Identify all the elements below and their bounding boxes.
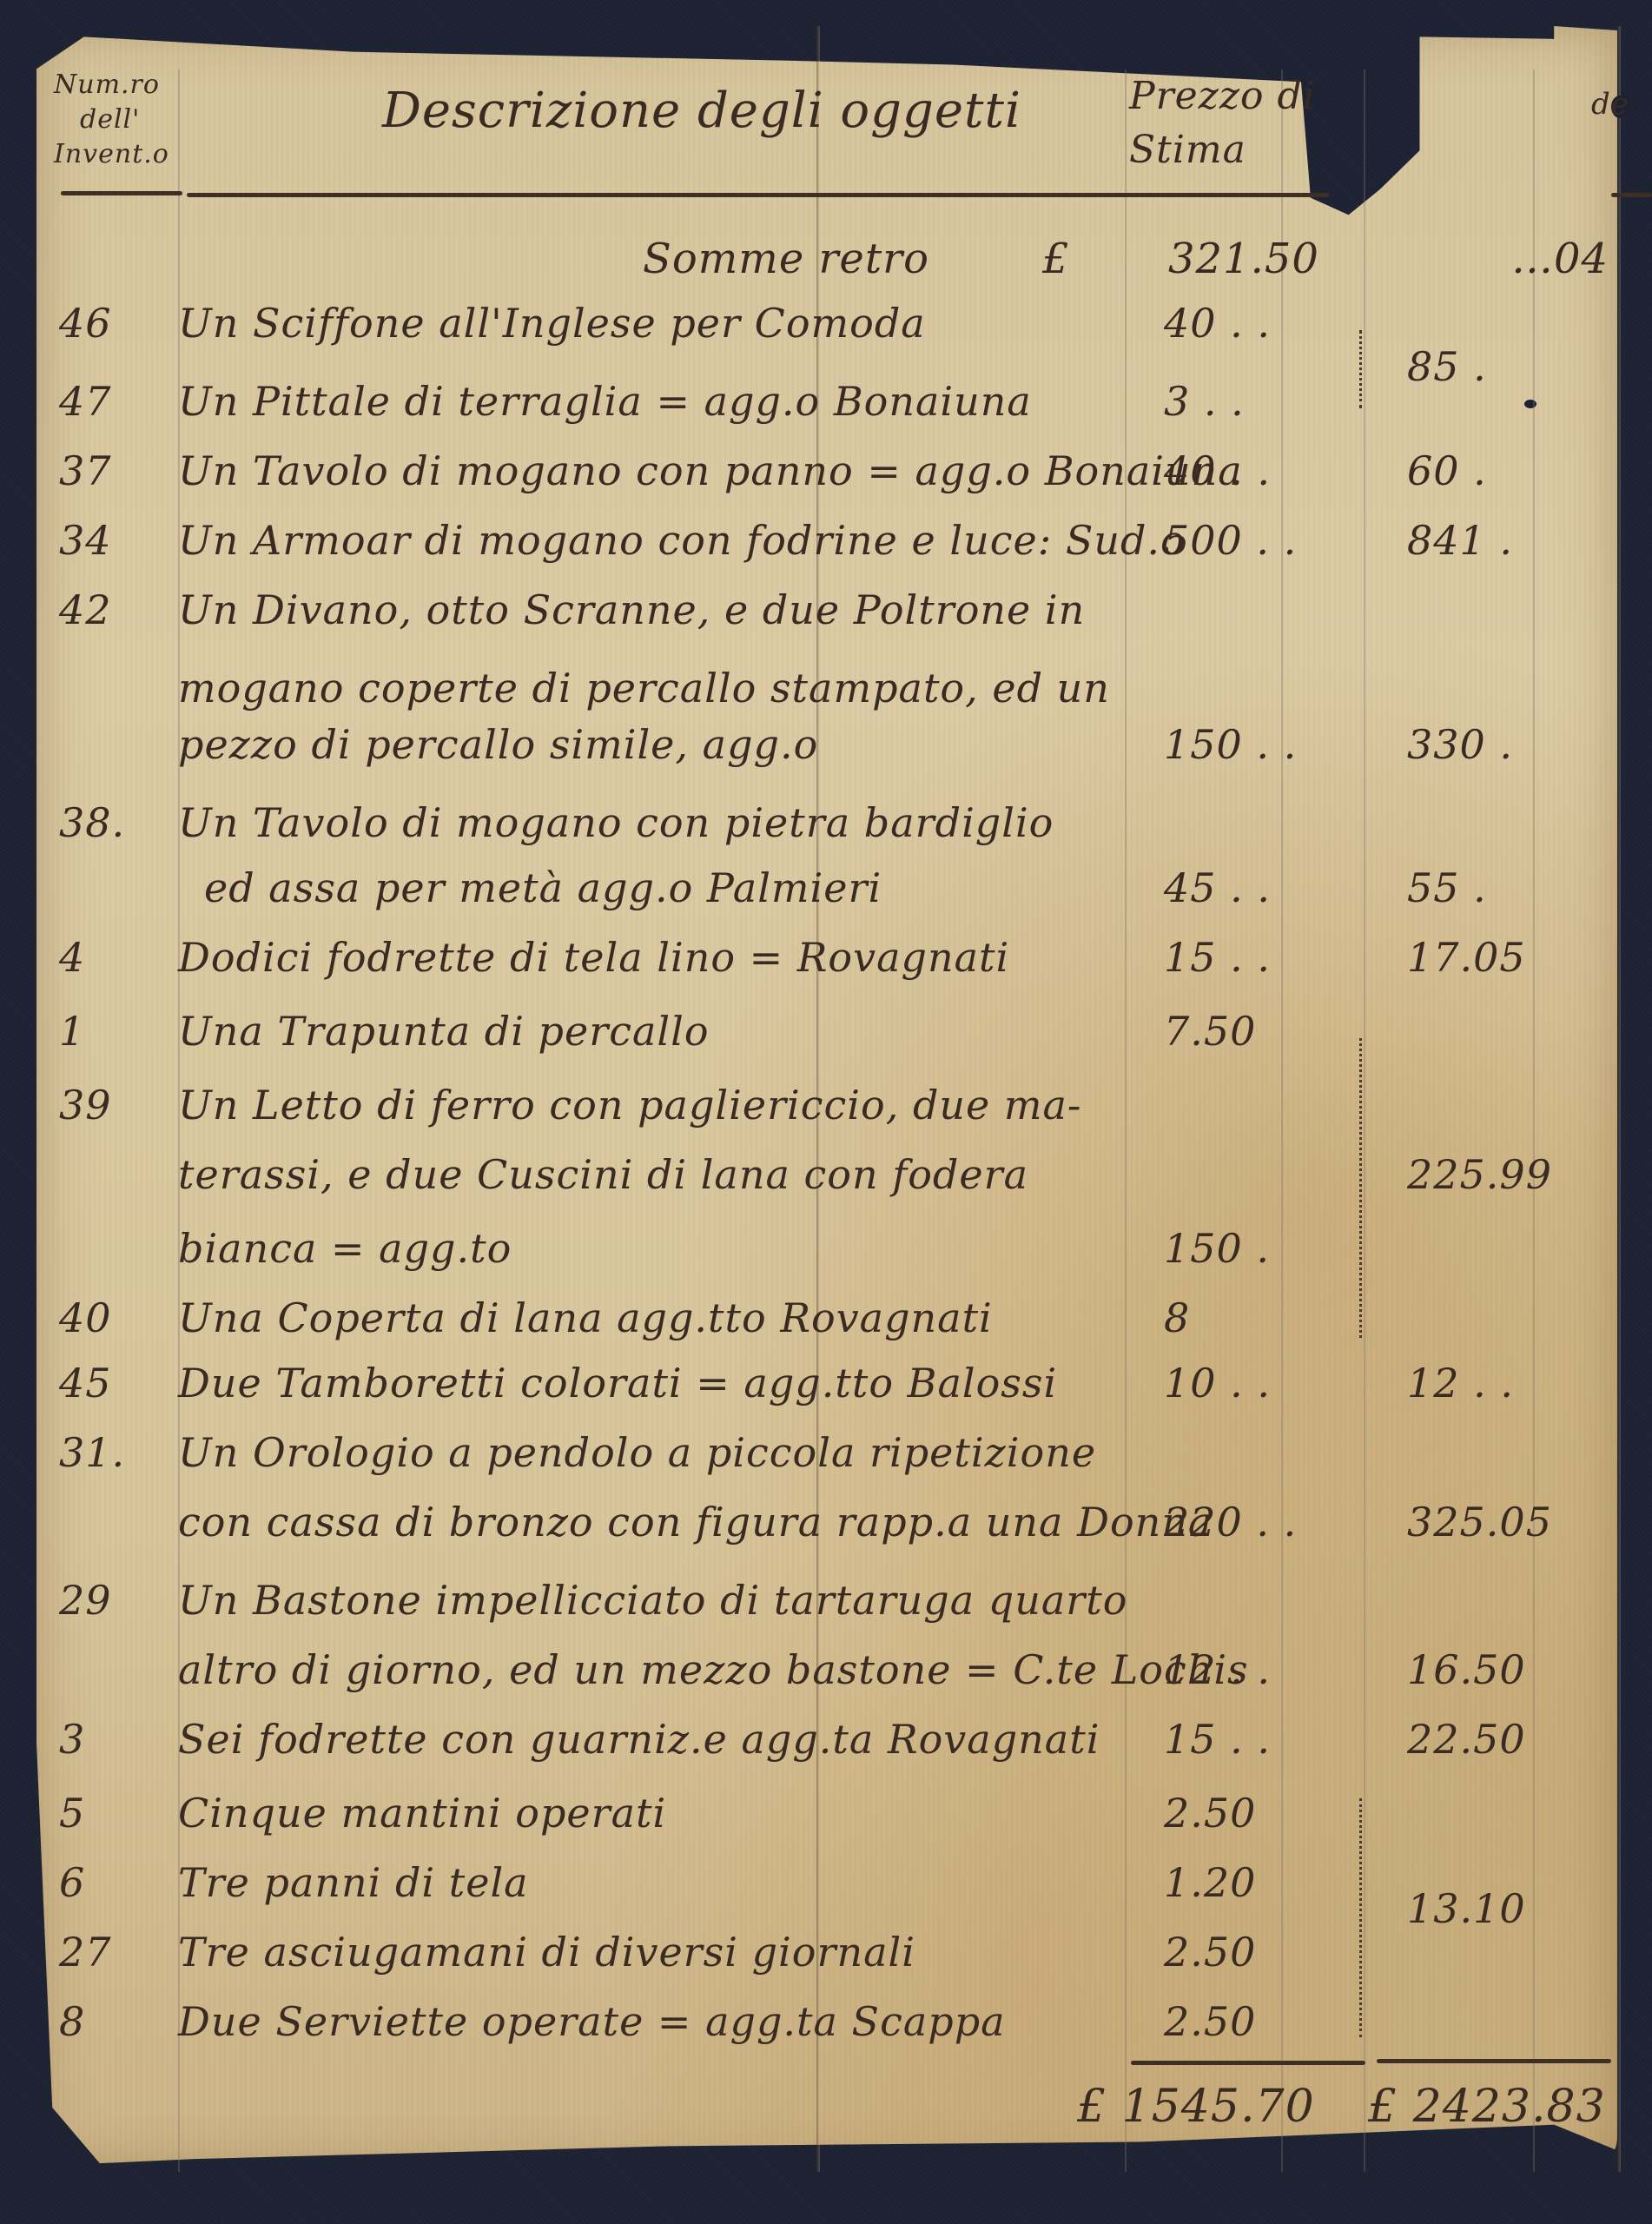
item-estimate: 1.20: [1164, 1859, 1355, 1906]
item-number: 6: [59, 1859, 155, 1906]
item-number: 34: [59, 517, 155, 564]
header-description: Descrizione degli oggetti: [382, 83, 1021, 139]
item-estimate: 12 . .: [1164, 1646, 1355, 1693]
item-number: 46: [59, 300, 155, 347]
item-number: 8: [59, 1998, 155, 2045]
item-estimate: 40 . .: [1164, 447, 1355, 494]
item-estimate: 220 . .: [1164, 1499, 1355, 1546]
item-description: altro di giorno, ed un mezzo bastone = C…: [178, 1646, 1249, 1693]
item-estimate: 15 . .: [1164, 934, 1355, 981]
sale-total: £ 2423.83: [1368, 2081, 1606, 2133]
item-estimate: 15 . .: [1164, 1716, 1355, 1763]
carry-forward-row: Somme retro £ 321.50 …04: [643, 235, 1008, 283]
item-number: 31.: [59, 1429, 155, 1476]
header-inventory-number: Num.ro dell' Invent.o: [54, 68, 158, 172]
item-number: 40: [59, 1294, 155, 1341]
item-description: Tre asciugamani di diversi giornali: [178, 1929, 915, 1976]
item-estimate: 2.50: [1164, 1998, 1355, 2045]
item-description: Tre panni di tela: [178, 1859, 529, 1906]
item-description: Una Coperta di lana agg.tto Rovagnati: [178, 1294, 993, 1341]
header-price-line-2: Stima: [1129, 123, 1316, 177]
item-estimate: 150 . .: [1164, 721, 1355, 768]
item-sale: 60 .: [1407, 447, 1607, 494]
header-inv-line-1: Num.ro: [54, 68, 158, 103]
item-description: Due Tamboretti colorati = agg.tto Baloss…: [178, 1360, 1057, 1407]
item-number: 4: [59, 934, 155, 981]
carry-forward-label: Somme retro: [643, 235, 929, 283]
column-rule-estimate-left: [1125, 69, 1127, 2172]
group-sale-amount: 225.99: [1407, 1151, 1607, 1198]
header-right-fragment: de: [1591, 78, 1629, 130]
item-estimate: 150 .: [1164, 1225, 1355, 1272]
item-estimate: 2.50: [1164, 1929, 1355, 1976]
header-inv-line-2: dell': [54, 103, 158, 137]
item-description: Sei fodrette con guarniz.e agg.ta Rovagn…: [178, 1716, 1100, 1763]
header-underline-price: [1129, 193, 1329, 197]
item-sale: 330 .: [1407, 721, 1607, 768]
item-sale: 325.05: [1407, 1499, 1607, 1546]
item-description: Un Pittale di terraglia = agg.o Bonaiuna: [178, 378, 1032, 425]
item-sale: 12 . .: [1407, 1360, 1607, 1407]
item-description: Un Armoar di mogano con fodrine e luce: …: [178, 517, 1186, 564]
item-description: bianca = agg.to: [178, 1225, 512, 1272]
header-underline-right: [1611, 193, 1652, 197]
item-number: 39: [59, 1082, 155, 1129]
header-price-estimate: Prezzo di Stima: [1129, 69, 1316, 177]
ink-blot: [1524, 400, 1536, 408]
item-description: Un Sciffone all'Inglese per Comoda: [178, 300, 926, 347]
header-underline-inventory: [61, 191, 182, 195]
item-description: Un Letto di ferro con pagliericcio, due …: [178, 1082, 1081, 1129]
grouping-brace: [1359, 330, 1376, 408]
item-estimate: 7.50: [1164, 1008, 1355, 1055]
paper-edge-fold: [1617, 26, 1621, 2172]
total-rule-sale: [1377, 2059, 1611, 2063]
item-description: ed assa per metà agg.o Palmieri: [204, 864, 882, 911]
item-sale: 22.50: [1407, 1716, 1607, 1763]
item-number: 3: [59, 1716, 155, 1763]
item-description: Due Serviette operate = agg.ta Scappa: [178, 1998, 1006, 2045]
item-description: con cassa di bronzo con figura rapp.a un…: [178, 1499, 1213, 1546]
total-rule-estimate: [1131, 2061, 1365, 2065]
item-number: 29: [59, 1577, 155, 1624]
group-sale-amount: 85 .: [1407, 343, 1607, 390]
item-sale: 841 .: [1407, 517, 1607, 564]
item-estimate: 2.50: [1164, 1790, 1355, 1837]
header-underline-description: [187, 193, 1133, 197]
item-estimate: 500 . .: [1164, 517, 1355, 564]
item-description: Un Tavolo di mogano con pietra bardiglio: [178, 799, 1054, 846]
grouping-brace: [1359, 1798, 1376, 2037]
item-estimate: 8: [1164, 1294, 1355, 1341]
item-number: 5: [59, 1790, 155, 1837]
item-description: Dodici fodrette di tela lino = Rovagnati: [178, 934, 1009, 981]
item-number: 27: [59, 1929, 155, 1976]
item-number: 45: [59, 1360, 155, 1407]
carry-forward-currency: £: [1042, 235, 1070, 283]
item-description: Un Tavolo di mogano con panno = agg.o Bo…: [178, 447, 1243, 494]
item-description: Cinque mantini operati: [178, 1790, 666, 1837]
grouping-brace: [1359, 1038, 1376, 1338]
item-number: 42: [59, 586, 155, 633]
carry-forward-estimate: 321.50: [1168, 235, 1319, 283]
item-description: pezzo di percallo simile, agg.o: [178, 721, 818, 768]
item-description: mogano coperte di percallo stampato, ed …: [178, 665, 1110, 712]
item-number: 38.: [59, 799, 155, 846]
item-sale: 17.05: [1407, 934, 1607, 981]
item-sale: 16.50: [1407, 1646, 1607, 1693]
item-estimate: 40 . .: [1164, 300, 1355, 347]
item-description: Un Bastone impellicciato di tartaruga qu…: [178, 1577, 1127, 1624]
item-estimate: 45 . .: [1164, 864, 1355, 911]
estimate-total: £ 1545.70: [1077, 2081, 1315, 2133]
item-number: 1: [59, 1008, 155, 1055]
item-description: terassi, e due Cuscini di lana con foder…: [178, 1151, 1028, 1198]
item-number: 37: [59, 447, 155, 494]
carry-forward-sale-fragment: …04: [1511, 235, 1609, 283]
item-description: Un Orologio a pendolo a piccola ripetizi…: [178, 1429, 1096, 1476]
item-estimate: 10 . .: [1164, 1360, 1355, 1407]
header-inv-line-3: Invent.o: [54, 137, 158, 172]
item-estimate: 3 . .: [1164, 378, 1355, 425]
item-description: Una Trapunta di percallo: [178, 1008, 710, 1055]
header-price-line-1: Prezzo di: [1129, 69, 1316, 123]
item-number: 47: [59, 378, 155, 425]
item-sale: 55 .: [1407, 864, 1607, 911]
group-sale-amount: 13.10: [1407, 1885, 1607, 1932]
item-description: Un Divano, otto Scranne, e due Poltrone …: [178, 586, 1085, 633]
